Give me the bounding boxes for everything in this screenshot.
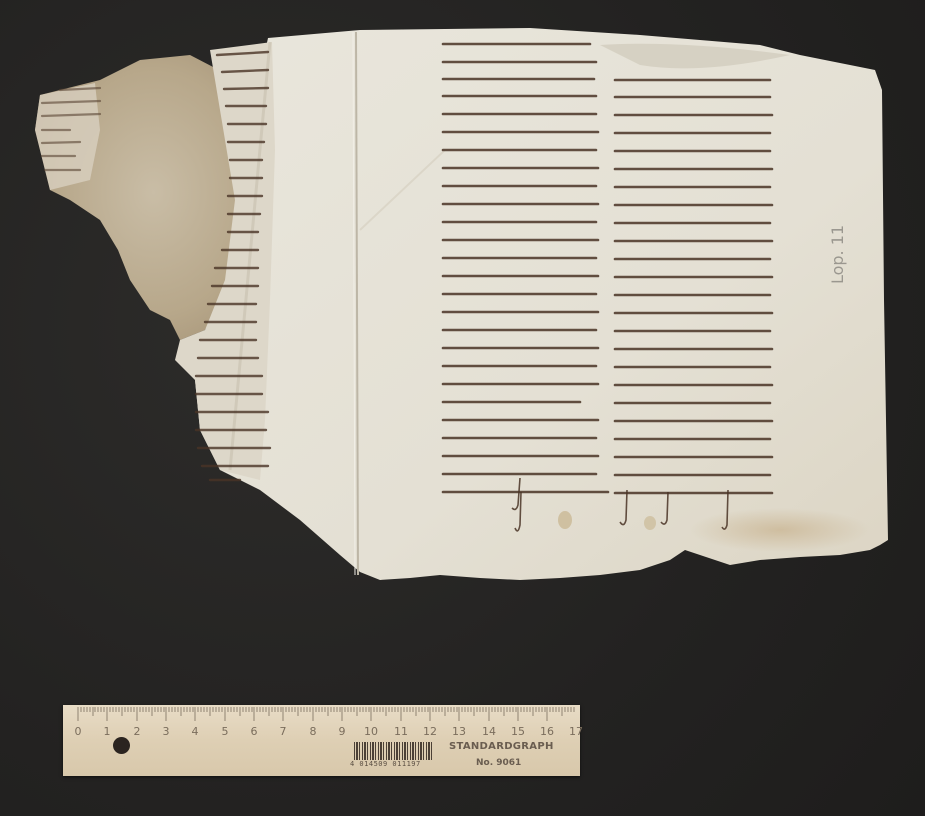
scale-label: 3 [163,725,170,738]
right-leaf [195,28,888,580]
scale-label: 14 [482,725,496,738]
scale-label: 15 [511,725,525,738]
scale-label: 11 [394,725,408,738]
scale-label: 8 [310,725,317,738]
ruler-hanging-hole [113,737,130,754]
scale-label: 13 [452,725,466,738]
scale-label: 0 [75,725,82,738]
pencil-annotation: Lop. 11 [828,225,847,284]
scale-label: 5 [222,725,229,738]
scale-label: 10 [364,725,378,738]
measuring-ruler: 0 1 2 3 4 5 6 7 8 9 10 11 12 13 14 15 16… [63,705,580,776]
manuscript-fragment [0,0,925,816]
ruler-model: No. 9061 [476,758,521,768]
ruler-ticks [75,705,575,727]
scale-label: 16 [540,725,554,738]
ruler-brand: STANDARDGRAPH [449,741,554,752]
scale-label: 4 [192,725,199,738]
photo-scene: Lop. 11 0 1 2 3 4 5 6 7 8 9 10 11 12 13 [0,0,925,816]
scale-label: 12 [423,725,437,738]
scale-label: 7 [280,725,287,738]
barcode [354,742,434,760]
scale-label: 6 [251,725,258,738]
scale-label: 2 [134,725,141,738]
ruler-scale-labels: 0 1 2 3 4 5 6 7 8 9 10 11 12 13 14 15 16… [63,725,580,739]
scale-label: 17 [569,725,583,738]
scale-label: 1 [104,725,111,738]
barcode-number: 4 014509 011197 [350,760,421,768]
scale-label: 9 [339,725,346,738]
